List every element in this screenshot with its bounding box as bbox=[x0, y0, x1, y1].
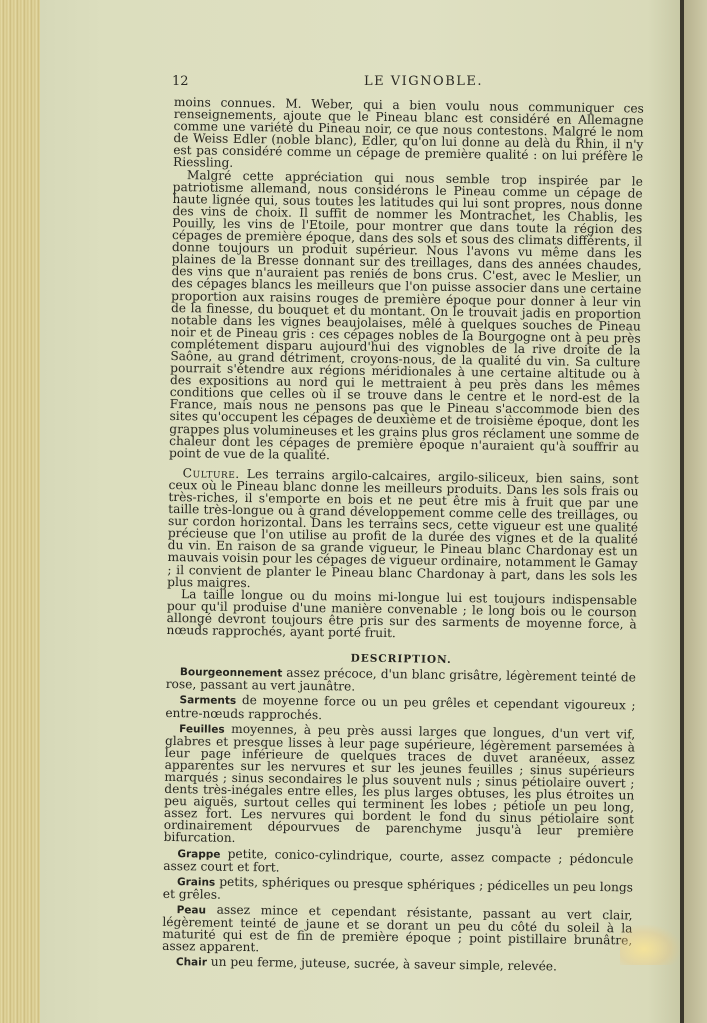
book-page-edges bbox=[0, 0, 42, 1023]
taille-paragraph: La taille longue ou du moins mi-longue l… bbox=[166, 588, 637, 643]
description-entry-bourgeonnement: Bourgeonnement assez précoce, d'un blanc… bbox=[166, 665, 636, 697]
culture-paragraph: Culture. Les terrains argilo-calcaires, … bbox=[167, 467, 639, 594]
definition: moyennes, à peu près aussi larges que lo… bbox=[164, 721, 636, 845]
description-entry-chair: Chair un peu ferme, juteuse, sucrée, à s… bbox=[162, 955, 632, 975]
culture-text: Les terrains argilo-calcaires, argilo-si… bbox=[167, 467, 639, 590]
light-glare bbox=[620, 925, 680, 965]
running-title: LE VIGNOBLE. bbox=[364, 74, 483, 89]
definition: petite, conico-cylindrique, courte, asse… bbox=[163, 846, 633, 874]
term: Chair bbox=[176, 956, 207, 968]
page-number: 12 bbox=[172, 74, 189, 89]
description-entry-grains: Grains petits, sphériques ou presque sph… bbox=[163, 875, 633, 907]
paragraph-1: moins connues. M. Weber, qui a bien voul… bbox=[173, 96, 644, 175]
description-entry-grappe: Grappe petite, conico-cylindrique, court… bbox=[163, 846, 633, 878]
running-head: 12 LE VIGNOBLE. bbox=[172, 74, 642, 92]
description-entry-peau: Peau assez mince et cependant résistante… bbox=[162, 903, 633, 959]
description-entry-feuilles: Feuilles moyennes, à peu près aussi larg… bbox=[164, 722, 636, 850]
description-entry-sarments: Sarments de moyenne force ou un peu grêl… bbox=[165, 693, 635, 725]
page-body: moins connues. M. Weber, qui a bien voul… bbox=[162, 96, 644, 978]
definition: un peu ferme, juteuse, sucrée, à saveur … bbox=[207, 955, 557, 974]
definition: de moyenne force ou un peu grêles et cep… bbox=[165, 693, 635, 721]
definition: petits, sphériques ou presque sphériques… bbox=[163, 874, 633, 901]
adjacent-page-edge bbox=[684, 0, 707, 1023]
definition: assez mince et cependant résistante, pas… bbox=[162, 902, 633, 954]
paragraph-2: Malgré cette appréciation qui nous sembl… bbox=[169, 169, 643, 466]
